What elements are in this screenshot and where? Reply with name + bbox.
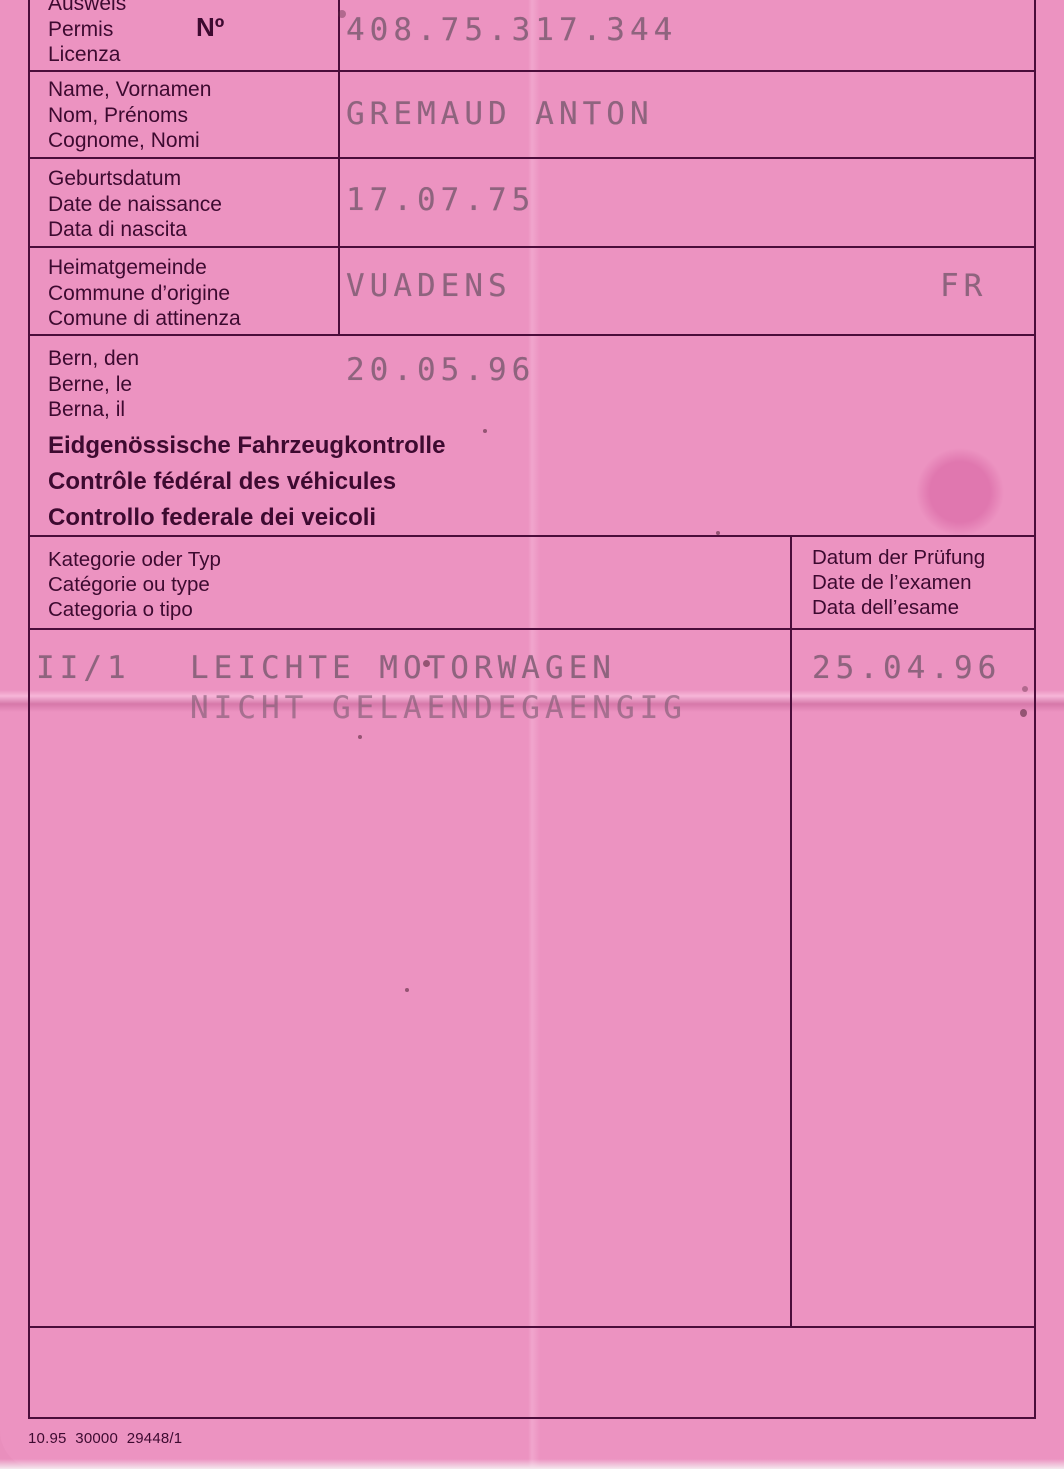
label-fr: Nom, Prénoms xyxy=(48,103,211,129)
row-divider-2 xyxy=(28,157,1036,159)
label-fr: Commune d’origine xyxy=(48,281,241,307)
dirt-speck xyxy=(1020,709,1027,717)
issue-date-value: 20.05.96 xyxy=(346,352,535,388)
border-bottom xyxy=(28,1417,1036,1419)
label-fr: Permis xyxy=(48,17,126,43)
label-it: Berna, il xyxy=(48,397,139,423)
dirt-speck xyxy=(423,660,430,667)
permit-card: Ausweis Permis Licenza Nº 408.75.317.344… xyxy=(0,0,1064,1469)
number-mark: Nº xyxy=(196,12,224,43)
table-header-divider xyxy=(28,628,1036,630)
border-left xyxy=(28,0,30,1419)
header-de: Kategorie oder Typ xyxy=(48,547,221,572)
border-right xyxy=(1034,0,1036,1419)
issuing-authority: Eidgenössische Fahrzeugkontrolle Contrôl… xyxy=(48,428,445,536)
dirt-speck xyxy=(1022,686,1028,692)
label-de: Name, Vornamen xyxy=(48,77,211,103)
category-description-line1: LEICHTE MOTORWAGEN xyxy=(190,650,616,686)
dirt-speck xyxy=(338,10,346,18)
exam-date-header: Datum der Prüfung Date de l’examen Data … xyxy=(812,545,985,620)
print-code: 10.95 30000 29448/1 xyxy=(28,1430,182,1447)
header-it: Data dell’esame xyxy=(812,595,985,620)
header-fr: Date de l’examen xyxy=(812,570,985,595)
row-divider-3 xyxy=(28,246,1036,248)
row-divider-4 xyxy=(28,334,1036,336)
scan-edge xyxy=(0,1459,1064,1469)
permit-number-value: 408.75.317.344 xyxy=(346,12,677,48)
exam-date-value: 25.04.96 xyxy=(812,650,1001,686)
label-value-divider xyxy=(338,0,340,336)
name-value: GREMAUD ANTON xyxy=(346,96,654,132)
label-it: Licenza xyxy=(48,42,126,68)
authority-it: Controllo federale dei veicoli xyxy=(48,500,445,536)
header-fr: Catégorie ou type xyxy=(48,572,221,597)
exam-date-column-divider xyxy=(790,535,792,1327)
origin-label: Heimatgemeinde Commune d’origine Comune … xyxy=(48,255,241,332)
row-divider-1 xyxy=(28,70,1036,72)
canton-value: FR xyxy=(940,268,987,304)
dirt-speck xyxy=(358,735,362,739)
issue-place-label: Bern, den Berne, le Berna, il xyxy=(48,346,139,423)
authority-fr: Contrôle fédéral des véhicules xyxy=(48,464,445,500)
label-it: Comune di attinenza xyxy=(48,306,241,332)
label-fr: Berne, le xyxy=(48,372,139,398)
authority-de: Eidgenössische Fahrzeugkontrolle xyxy=(48,428,445,464)
category-header: Kategorie oder Typ Catégorie ou type Cat… xyxy=(48,547,221,622)
dirt-speck xyxy=(483,429,487,433)
permit-number-label: Ausweis Permis Licenza xyxy=(48,0,126,68)
dirt-speck xyxy=(405,988,409,992)
header-it: Categoria o tipo xyxy=(48,597,221,622)
category-code: II/1 xyxy=(36,650,131,686)
label-fr: Date de naissance xyxy=(48,192,222,218)
label-de: Bern, den xyxy=(48,346,139,372)
label-de: Heimatgemeinde xyxy=(48,255,241,281)
category-description-line2: NICHT GELAENDEGAENGIG xyxy=(190,690,687,726)
label-it: Cognome, Nomi xyxy=(48,128,211,154)
origin-value: VUADENS xyxy=(346,268,512,304)
label-de: Ausweis xyxy=(48,0,126,17)
dirt-speck xyxy=(716,531,720,535)
table-bottom-divider xyxy=(28,1326,1036,1328)
name-label: Name, Vornamen Nom, Prénoms Cognome, Nom… xyxy=(48,77,211,154)
label-de: Geburtsdatum xyxy=(48,166,222,192)
header-de: Datum der Prüfung xyxy=(812,545,985,570)
label-it: Data di nascita xyxy=(48,217,222,243)
birth-date-label: Geburtsdatum Date de naissance Data di n… xyxy=(48,166,222,243)
birth-date-value: 17.07.75 xyxy=(346,182,535,218)
